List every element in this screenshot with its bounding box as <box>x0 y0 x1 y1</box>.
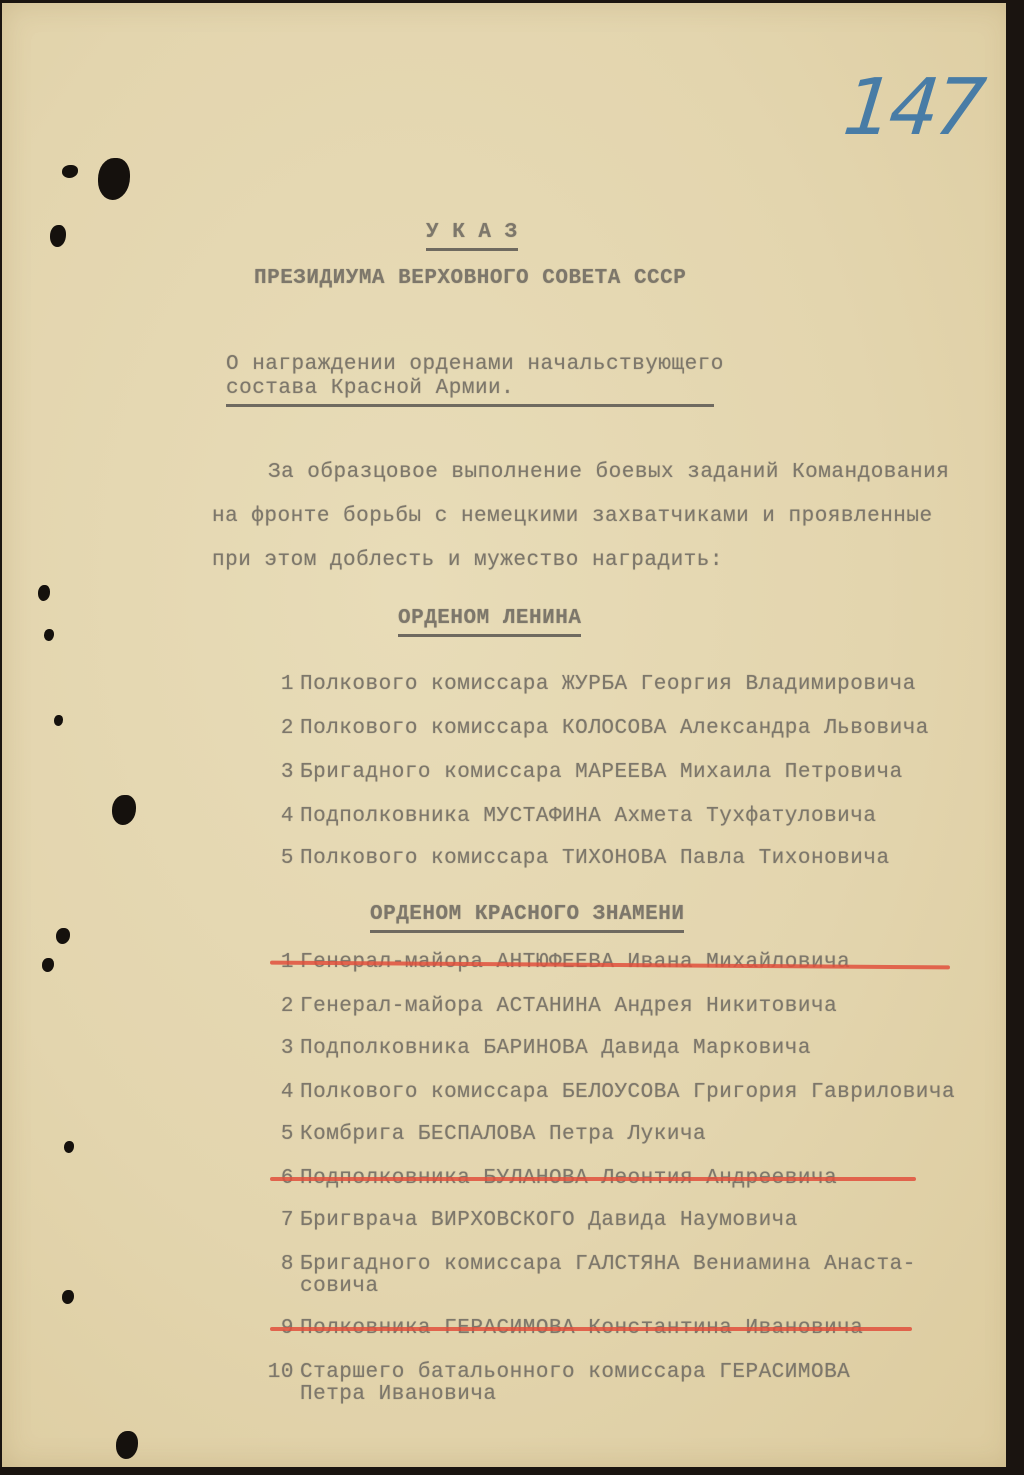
issuing-body: ПРЕЗИДИУМА ВЕРХОВНОГО СОВЕТА СССР <box>254 267 686 290</box>
subject-line-2: состава Красной Армии. <box>226 377 714 407</box>
entry-number: 10 <box>264 1361 294 1384</box>
entry-text: Генерал-майора АСТАНИНА Андрея Никитович… <box>300 995 837 1018</box>
section-heading-order-of-red-banner: ОРДЕНОМ КРАСНОГО ЗНАМЕНИ <box>370 903 684 933</box>
entry-text: Полкового комиссара БЕЛОУСОВА Григория Г… <box>300 1081 955 1104</box>
entry-number: 2 <box>264 717 294 740</box>
preamble-line: на фронте борьбы с немецкими захватчикам… <box>212 505 933 528</box>
punch-hole <box>64 1141 74 1153</box>
entry-number: 5 <box>264 1123 294 1146</box>
punch-hole <box>116 1431 138 1459</box>
entry-continuation: совича <box>300 1275 379 1298</box>
entry-text: Бригадного комиссара ГАЛСТЯНА Вениамина … <box>300 1253 916 1276</box>
entry-continuation: Петра Ивановича <box>300 1383 497 1406</box>
entry-number: 8 <box>264 1253 294 1276</box>
punch-hole <box>54 715 63 726</box>
entry-text: Бригврача ВИРХОВСКОГО Давида Наумовича <box>300 1209 798 1232</box>
punch-hole <box>42 958 54 972</box>
punch-hole <box>50 225 66 247</box>
handwritten-sheet-number: 147 <box>839 63 985 153</box>
punch-hole <box>62 165 78 178</box>
entry-text: Старшего батальонного комиссара ГЕРАСИМО… <box>300 1361 850 1384</box>
preamble-line: За образцовое выполнение боевых заданий … <box>268 461 949 484</box>
entry-number: 5 <box>264 847 294 870</box>
punch-hole <box>112 795 136 825</box>
entry-number: 1 <box>264 673 294 696</box>
subject-line-1: О награждении орденами начальствующего <box>226 353 724 376</box>
entry-text: Полкового комиссара ЖУРБА Георгия Владим… <box>300 673 916 696</box>
punch-hole <box>44 629 54 641</box>
punch-hole <box>98 158 130 200</box>
entry-number: 3 <box>264 1037 294 1060</box>
document-page: 147 У К А З ПРЕЗИДИУМА ВЕРХОВНОГО СОВЕТА… <box>2 3 1014 1467</box>
entry-text: Подполковника БАРИНОВА Давида Марковича <box>300 1037 811 1060</box>
punch-hole <box>38 585 50 601</box>
punch-hole <box>56 928 70 944</box>
entry-number: 3 <box>264 761 294 784</box>
entry-text: Комбрига БЕСПАЛОВА Петра Лукича <box>300 1123 706 1146</box>
entry-number: 7 <box>264 1209 294 1232</box>
punch-hole <box>62 1290 74 1304</box>
entry-number: 2 <box>264 995 294 1018</box>
entry-number: 4 <box>264 1081 294 1104</box>
entry-number: 4 <box>264 805 294 828</box>
entry-text: Бригадного комиссара МАРЕЕВА Михаила Пет… <box>300 761 903 784</box>
red-strikethrough <box>270 1177 916 1181</box>
document-title: У К А З <box>426 221 518 251</box>
entry-text: Полкового комиссара КОЛОСОВА Александра … <box>300 717 929 740</box>
entry-text: Подполковника МУСТАФИНА Ахмета Тухфатуло… <box>300 805 877 828</box>
red-strikethrough <box>270 1327 912 1331</box>
preamble-line: при этом доблесть и мужество наградить: <box>212 549 723 572</box>
section-heading-order-of-lenin: ОРДЕНОМ ЛЕНИНА <box>398 607 581 637</box>
entry-text: Полкового комиссара ТИХОНОВА Павла Тихон… <box>300 847 890 870</box>
